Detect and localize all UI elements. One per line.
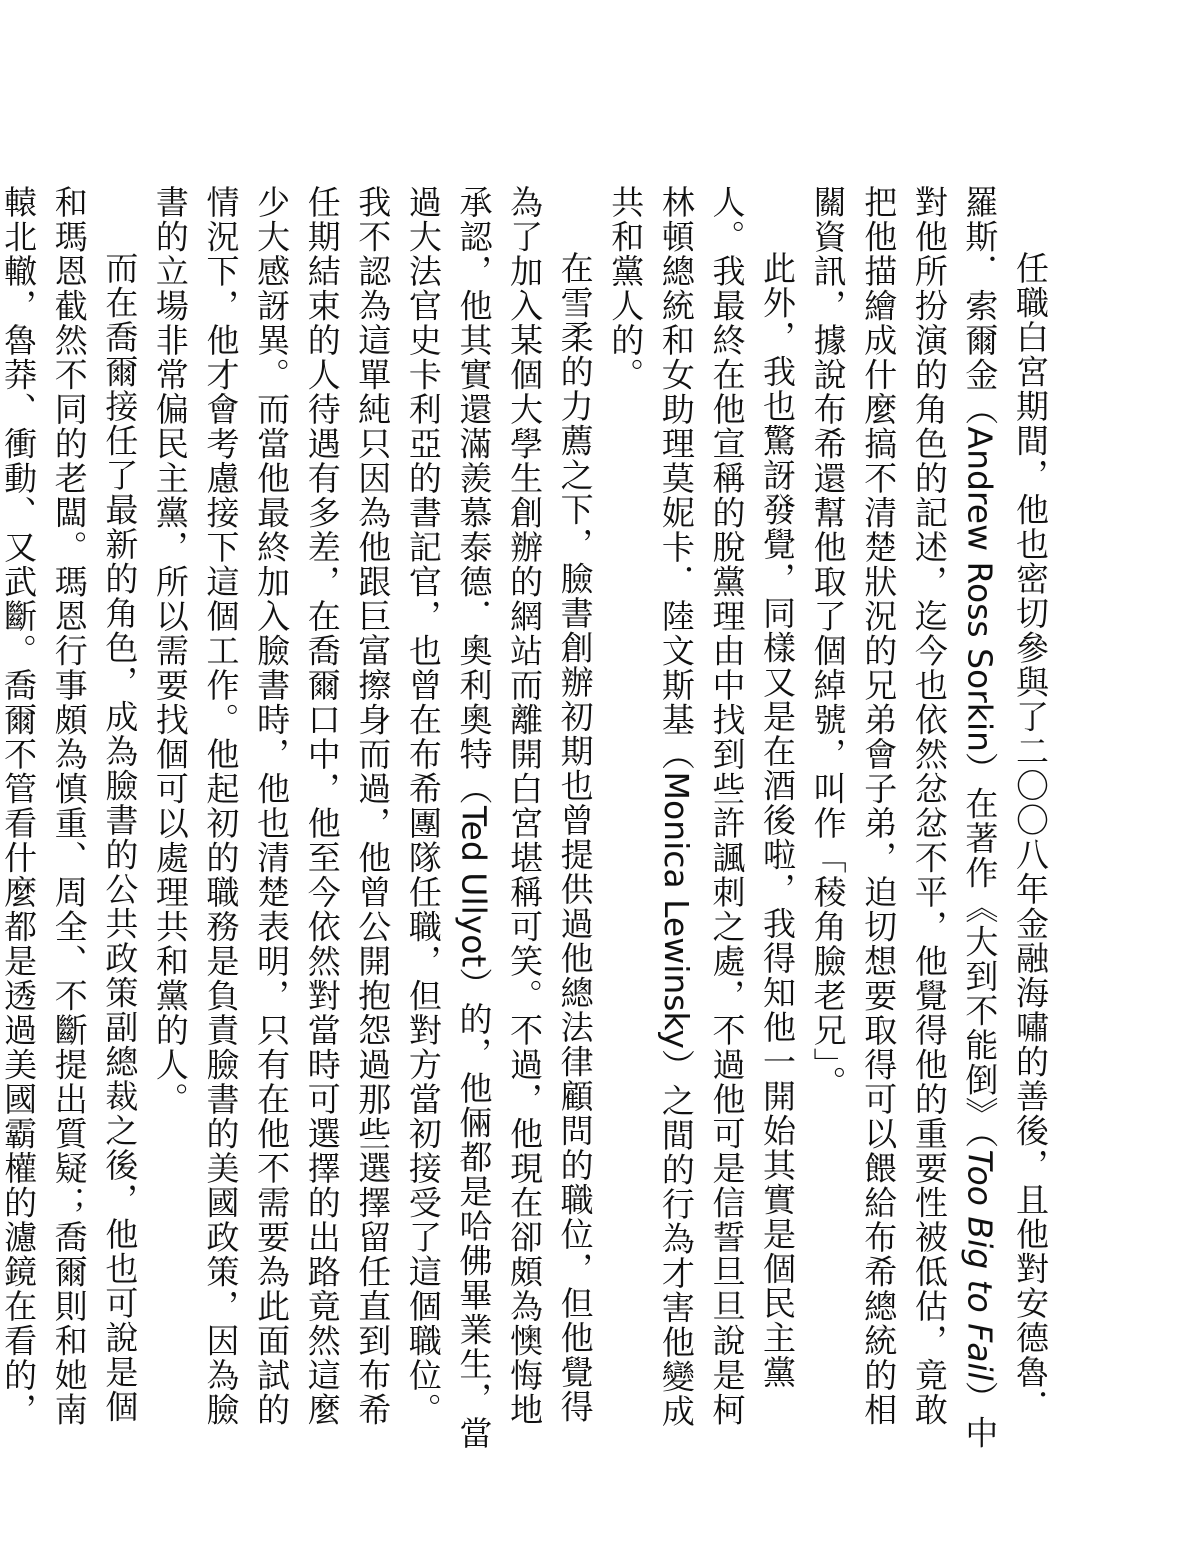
paragraph-text: ）在著作《大到不能倒》（ [960, 752, 999, 1150]
paragraph-text: 而在喬爾接任了最新的角色，成為臉書的公共政策副總裁之後，他也可說是個和瑪恩截然不… [0, 185, 139, 1427]
latin-name-ullyot: Ted Ullyot [454, 806, 493, 967]
paragraph-text: ）的，他倆都是哈佛畢業生，當過大法官史卡利亞的書記官，也曾在布希團隊任職，但對方… [151, 185, 494, 1450]
vertical-text-body: 任職白宮期間，他也密切參與了二〇〇八年金融海嘯的善後，且他對安德魯．羅斯．索爾金… [0, 185, 1055, 1455]
paragraph-party-switch: 此外，我也驚訝發覺，同樣又是在酒後啦，我得知他一開始其實是個民主黨人。我最終在他… [600, 185, 802, 1455]
paragraph-facebook-offer: 在雪柔的力薦之下，臉書創辦初期也曾提供過他總法律顧問的職位，但他覺得為了加入某個… [144, 185, 599, 1455]
latin-name-sorkin: Andrew Ross Sorkin [960, 427, 999, 752]
book-title-too-big-to-fail: Too Big to Fail [960, 1149, 999, 1380]
document-page: 任職白宮期間，他也密切參與了二〇〇八年金融海嘯的善後，且他對安德魯．羅斯．索爾金… [0, 0, 1200, 1553]
paragraph-new-role: 而在喬爾接任了最新的角色，成為臉書的公共政策副總裁之後，他也可說是個和瑪恩截然不… [0, 185, 144, 1455]
paragraph-white-house-tenure: 任職白宮期間，他也密切參與了二〇〇八年金融海嘯的善後，且他對安德魯．羅斯．索爾金… [802, 185, 1055, 1455]
latin-name-lewinsky: Monica Lewinsky [657, 772, 696, 1049]
